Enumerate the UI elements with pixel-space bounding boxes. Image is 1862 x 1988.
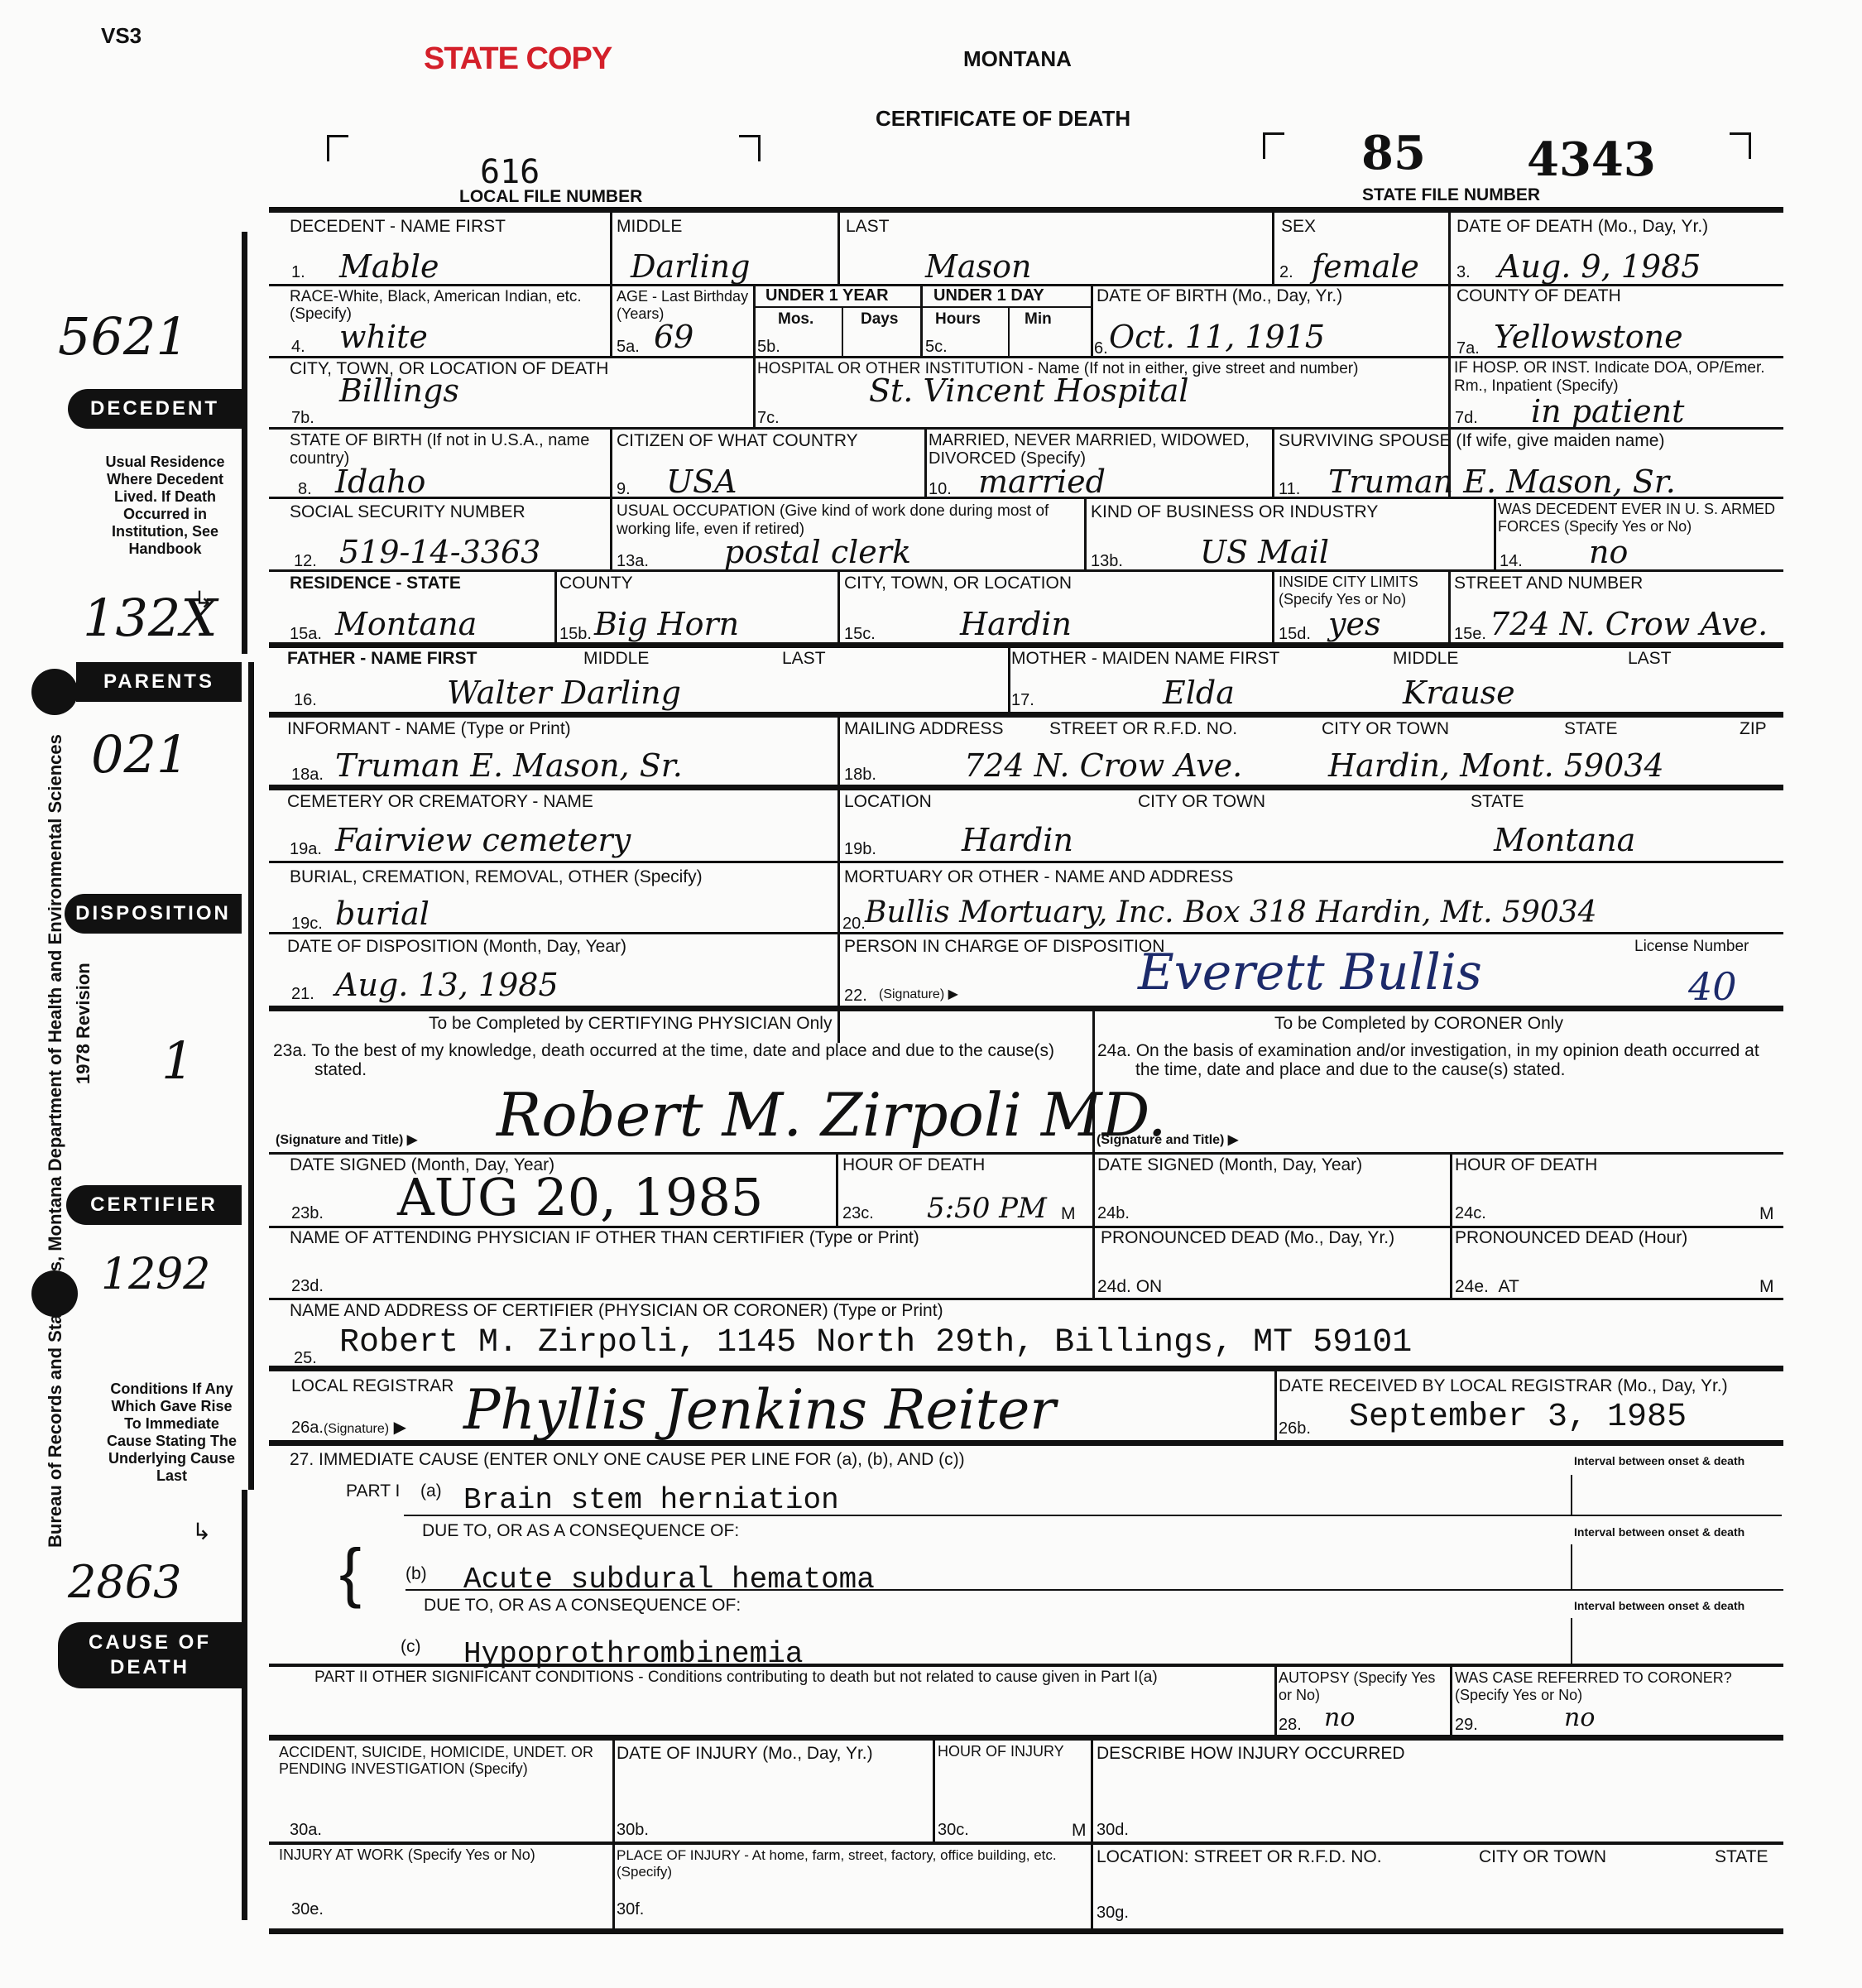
revision-vertical-text: 1978 Revision bbox=[73, 963, 94, 1084]
punch-hole bbox=[31, 1270, 78, 1317]
field-mortuary[interactable]: Bullis Mortuary, Inc. Box 318 Hardin, Mt… bbox=[865, 896, 1597, 929]
field-birth-state[interactable]: Idaho bbox=[335, 463, 425, 500]
field-age[interactable]: 69 bbox=[654, 319, 693, 355]
field-date-received[interactable]: September 3, 1985 bbox=[1349, 1399, 1687, 1436]
label-sig-title: (Signature and Title) ▶ bbox=[276, 1132, 417, 1148]
label-citizen: CITIZEN OF WHAT COUNTRY bbox=[617, 431, 858, 450]
label-county-of-death: COUNTY OF DEATH bbox=[1456, 286, 1621, 305]
item-number: 19c. bbox=[291, 915, 323, 934]
section-tab-disposition: DISPOSITION bbox=[65, 894, 242, 934]
divider bbox=[554, 571, 557, 644]
field-father-name[interactable]: Walter Darling bbox=[447, 675, 681, 711]
divider bbox=[1274, 1371, 1277, 1442]
divider bbox=[269, 861, 1783, 863]
item-number: 22. bbox=[844, 987, 867, 1006]
divider bbox=[1450, 1666, 1452, 1736]
margin-code: 1 bbox=[161, 1030, 194, 1091]
label-coroner-hour: HOUR OF DEATH bbox=[1455, 1155, 1597, 1174]
signature-registrar: Phyllis Jenkins Reiter bbox=[463, 1378, 1056, 1442]
label-injury-date: DATE OF INJURY (Mo., Day, Yr.) bbox=[617, 1744, 873, 1763]
label-interval: Interval between onset & death bbox=[1574, 1599, 1744, 1612]
field-location-city[interactable]: Hardin bbox=[962, 822, 1073, 858]
margin-code: 1292 bbox=[101, 1250, 210, 1299]
divider bbox=[1091, 1741, 1093, 1928]
divider bbox=[610, 429, 612, 498]
item-number: 23c. bbox=[842, 1204, 874, 1223]
divider bbox=[924, 429, 927, 498]
conditions-note: Conditions If Any Which Gave Rise To Imm… bbox=[103, 1381, 240, 1485]
label-informant-state: STATE bbox=[1564, 719, 1618, 738]
label-informant-zip: ZIP bbox=[1740, 719, 1767, 738]
divider bbox=[269, 1735, 1783, 1741]
field-cause-a[interactable]: Brain stem herniation bbox=[463, 1483, 839, 1517]
field-cause-b[interactable]: Acute subdural hematoma bbox=[463, 1563, 875, 1597]
label-injury-describe: DESCRIBE HOW INJURY OCCURRED bbox=[1097, 1744, 1405, 1763]
label-m: M bbox=[1061, 1204, 1076, 1223]
label-informant: INFORMANT - NAME (Type or Print) bbox=[287, 719, 571, 738]
label-date-of-death: DATE OF DEATH (Mo., Day, Yr.) bbox=[1456, 217, 1708, 236]
frame-left bbox=[242, 232, 247, 654]
item-number: 5a. bbox=[617, 338, 640, 357]
field-county-of-death[interactable]: Yellowstone bbox=[1494, 319, 1683, 355]
field-marital[interactable]: married bbox=[978, 463, 1106, 500]
field-inside-city[interactable]: yes bbox=[1328, 606, 1380, 642]
item-number: 30f. bbox=[617, 1900, 644, 1919]
state-file-number: 4343 bbox=[1527, 132, 1656, 187]
field-ssn[interactable]: 519-14-3363 bbox=[339, 534, 540, 570]
field-license-number[interactable]: 40 bbox=[1688, 964, 1737, 1009]
item-number: 18a. bbox=[291, 766, 324, 785]
field-residence-state[interactable]: Montana bbox=[335, 606, 477, 642]
label-due-to: DUE TO, OR AS A CONSEQUENCE OF: bbox=[422, 1521, 739, 1540]
label-injury-hour: HOUR OF INJURY bbox=[938, 1744, 1064, 1760]
label-date-received: DATE RECEIVED BY LOCAL REGISTRAR (Mo., D… bbox=[1279, 1376, 1728, 1395]
label-person-in-charge: PERSON IN CHARGE OF DISPOSITION bbox=[844, 937, 1164, 956]
label-disposition-method: BURIAL, CREMATION, REMOVAL, OTHER (Speci… bbox=[290, 867, 703, 886]
label-mos: Mos. bbox=[778, 310, 813, 329]
signature-person-in-charge: Everett Bullis bbox=[1138, 944, 1482, 1001]
divider bbox=[1272, 571, 1274, 644]
divider bbox=[406, 1589, 1783, 1591]
item-number: 5b. bbox=[757, 338, 780, 357]
field-informant-street[interactable]: 724 N. Crow Ave. bbox=[964, 747, 1242, 784]
field-informant-name[interactable]: Truman E. Mason, Sr. bbox=[335, 747, 683, 784]
divider bbox=[269, 642, 1783, 648]
item-number: 7c. bbox=[757, 409, 780, 428]
label-birth-state: STATE OF BIRTH (If not in U.S.A., name c… bbox=[290, 431, 612, 468]
field-date-of-death[interactable]: Aug. 9, 1985 bbox=[1498, 248, 1701, 285]
label-line-b: (b) bbox=[406, 1564, 427, 1583]
item-number: 30e. bbox=[291, 1900, 324, 1919]
label-mother: MOTHER - MAIDEN NAME FIRST bbox=[1011, 649, 1279, 668]
agency-vertical-text: Bureau of Records and Statistics, Montan… bbox=[45, 734, 66, 1548]
item-number: 13b. bbox=[1091, 552, 1123, 571]
label-m: M bbox=[1759, 1204, 1774, 1223]
item-number: 15c. bbox=[844, 625, 876, 644]
field-hospital-status[interactable]: in patient bbox=[1531, 393, 1684, 430]
registration-mark bbox=[1263, 132, 1284, 159]
label-local-registrar: LOCAL REGISTRAR bbox=[291, 1376, 454, 1395]
item-number: 19a. bbox=[290, 840, 322, 859]
punch-hole bbox=[31, 669, 78, 715]
field-occupation[interactable]: postal clerk bbox=[724, 534, 911, 570]
signature-physician: Robert M. Zirpoli MD. bbox=[497, 1080, 1167, 1150]
section-tab-cause-of-death: CAUSE OF DEATH bbox=[58, 1622, 242, 1688]
margin-code: 132X bbox=[83, 588, 217, 648]
item-number: 7b. bbox=[291, 409, 314, 428]
field-location-state[interactable]: Montana bbox=[1494, 822, 1635, 858]
label-autopsy: AUTOPSY (Specify Yes or No) bbox=[1279, 1669, 1444, 1704]
label-coroner-referral: WAS CASE REFERRED TO CORONER? (Specify Y… bbox=[1455, 1669, 1782, 1704]
divider bbox=[269, 1440, 1783, 1446]
label-date-of-birth: DATE OF BIRTH (Mo., Day, Yr.) bbox=[1097, 286, 1342, 305]
label-hours: Hours bbox=[935, 310, 981, 329]
divider bbox=[1448, 571, 1451, 644]
divider bbox=[837, 718, 840, 786]
label-under-1-year: UNDER 1 YEAR bbox=[765, 286, 889, 305]
state-file-year: 85 bbox=[1361, 126, 1426, 180]
label-pronounced-hour: PRONOUNCED DEAD (Hour) bbox=[1455, 1228, 1687, 1247]
item-number: 13a. bbox=[617, 552, 649, 571]
divider bbox=[837, 571, 840, 644]
divider bbox=[842, 308, 843, 358]
section-tab-decedent: DECEDENT bbox=[68, 389, 242, 429]
divider bbox=[610, 498, 612, 571]
label-residence-county: COUNTY bbox=[559, 574, 633, 593]
label-spouse: SURVIVING SPOUSE (If wife, give maiden n… bbox=[1279, 431, 1664, 450]
local-file-number: 616 bbox=[480, 153, 540, 191]
label-age: AGE - Last Birthday (Years) bbox=[617, 288, 753, 323]
item-number: 18b. bbox=[844, 766, 876, 785]
field-cemetery[interactable]: Fairview cemetery bbox=[335, 822, 631, 858]
registration-mark bbox=[739, 135, 761, 161]
field-industry[interactable]: US Mail bbox=[1200, 534, 1329, 570]
state-copy-stamp: STATE COPY bbox=[424, 41, 612, 77]
divider bbox=[753, 286, 756, 358]
label-industry: KIND OF BUSINESS OR INDUSTRY bbox=[1091, 502, 1378, 521]
divider bbox=[1008, 308, 1010, 358]
divider bbox=[753, 358, 756, 429]
label-location-city: CITY OR TOWN bbox=[1138, 792, 1265, 811]
divider bbox=[269, 427, 1783, 430]
label-manner: ACCIDENT, SUICIDE, HOMICIDE, UNDET. OR P… bbox=[279, 1744, 610, 1777]
page-title: CERTIFICATE OF DEATH bbox=[876, 106, 1130, 132]
field-mother-first[interactable]: Elda bbox=[1163, 675, 1235, 711]
label-father: FATHER - NAME FIRST bbox=[287, 649, 477, 668]
frame-left bbox=[248, 662, 254, 1490]
label-m: M bbox=[1072, 1821, 1087, 1840]
label-mortuary: MORTUARY OR OTHER - NAME AND ADDRESS bbox=[844, 867, 1233, 886]
label-coroner-sig-title: (Signature and Title) ▶ bbox=[1097, 1132, 1238, 1148]
item-number: 2. bbox=[1279, 263, 1293, 282]
item-number: 1. bbox=[291, 263, 305, 282]
field-coroner-referral[interactable]: no bbox=[1564, 1703, 1595, 1732]
label-certifier-name-address: NAME AND ADDRESS OF CERTIFIER (PHYSICIAN… bbox=[290, 1301, 943, 1320]
divider bbox=[1008, 648, 1010, 714]
field-first-name[interactable]: Mable bbox=[339, 248, 439, 285]
label-sex: SEX bbox=[1281, 217, 1316, 236]
margin-code: 2863 bbox=[68, 1556, 181, 1608]
label-injury-city: CITY OR TOWN bbox=[1479, 1847, 1606, 1866]
field-street[interactable]: 724 N. Crow Ave. bbox=[1490, 606, 1768, 642]
physician-statement: 23a. To the best of my knowledge, death … bbox=[273, 1041, 1088, 1079]
label-father-last: LAST bbox=[782, 649, 826, 668]
field-citizen[interactable]: USA bbox=[666, 463, 737, 500]
divider bbox=[1084, 498, 1087, 571]
item-number: 28. bbox=[1279, 1716, 1302, 1735]
field-date-of-birth[interactable]: Oct. 11, 1915 bbox=[1109, 319, 1325, 355]
state-file-label: STATE FILE NUMBER bbox=[1362, 185, 1540, 205]
label-attending-physician: NAME OF ATTENDING PHYSICIAN IF OTHER THA… bbox=[290, 1228, 919, 1247]
label-father-middle: MIDDLE bbox=[583, 649, 649, 668]
item-number: 23b. bbox=[291, 1204, 324, 1223]
item-number: 20. bbox=[842, 915, 866, 934]
label-inside-city: INSIDE CITY LIMITS (Specify Yes or No) bbox=[1279, 574, 1452, 608]
label-pronounced-date: PRONOUNCED DEAD (Mo., Day, Yr.) bbox=[1101, 1228, 1394, 1247]
label-ssn: SOCIAL SECURITY NUMBER bbox=[290, 502, 525, 521]
label-informant-street: STREET OR R.F.D. NO. bbox=[1049, 719, 1237, 738]
divider bbox=[1571, 1475, 1572, 1515]
divider bbox=[1091, 286, 1093, 358]
frame-left bbox=[242, 1490, 247, 1920]
item-number: 26b. bbox=[1279, 1419, 1311, 1438]
field-race[interactable]: white bbox=[339, 319, 428, 355]
field-armed-forces[interactable]: no bbox=[1589, 534, 1628, 570]
label-street: STREET AND NUMBER bbox=[1454, 574, 1643, 593]
margin-code: 5621 bbox=[58, 306, 189, 367]
label-interval: Interval between onset & death bbox=[1574, 1454, 1744, 1467]
label-location-state: STATE bbox=[1471, 792, 1524, 811]
label-days: Days bbox=[861, 310, 898, 329]
item-number: 15b. bbox=[559, 625, 592, 644]
field-informant-city-state-zip[interactable]: Hardin, Mont. 59034 bbox=[1328, 747, 1664, 784]
field-mother-last[interactable]: Krause bbox=[1403, 675, 1515, 711]
item-number: 4. bbox=[291, 338, 305, 357]
local-file-label: LOCAL FILE NUMBER bbox=[459, 187, 642, 207]
item-number: 5c. bbox=[925, 338, 948, 357]
form-code: VS3 bbox=[101, 23, 142, 49]
divider bbox=[269, 712, 1783, 718]
coroner-heading: To be Completed by CORONER Only bbox=[1274, 1014, 1563, 1033]
label-name-middle: MIDDLE bbox=[617, 217, 682, 236]
label-under-1-day: UNDER 1 DAY bbox=[933, 286, 1044, 305]
field-date-signed[interactable]: AUG 20, 1985 bbox=[397, 1167, 763, 1227]
field-disposition-date[interactable]: Aug. 13, 1985 bbox=[335, 967, 559, 1003]
field-autopsy[interactable]: no bbox=[1324, 1703, 1355, 1732]
field-middle-name[interactable]: Darling bbox=[631, 248, 750, 285]
item-number: 12. bbox=[294, 552, 317, 571]
label-due-to: DUE TO, OR AS A CONSEQUENCE OF: bbox=[424, 1596, 741, 1615]
divider bbox=[269, 1006, 1783, 1011]
label-injury-location: LOCATION: STREET OR R.F.D. NO. bbox=[1097, 1847, 1382, 1866]
field-certifier-name-address[interactable]: Robert M. Zirpoli, 1145 North 29th, Bill… bbox=[339, 1324, 1412, 1361]
divider bbox=[269, 1664, 1783, 1667]
item-number: 30g. bbox=[1097, 1904, 1129, 1923]
label-disposition-date: DATE OF DISPOSITION (Month, Day, Year) bbox=[287, 937, 626, 956]
divider bbox=[1448, 211, 1451, 497]
item-number: 30c. bbox=[938, 1821, 969, 1840]
divider bbox=[753, 306, 1092, 308]
label-injury-state: STATE bbox=[1715, 1847, 1768, 1866]
item-number: 15d. bbox=[1279, 625, 1311, 644]
divider bbox=[269, 1366, 1783, 1371]
field-residence-county[interactable]: Big Horn bbox=[594, 606, 739, 642]
divider bbox=[1571, 1618, 1572, 1664]
divider bbox=[269, 497, 1783, 499]
item-number: 29. bbox=[1455, 1716, 1478, 1735]
item-number: 30d. bbox=[1097, 1821, 1129, 1840]
item-number: 17. bbox=[1011, 691, 1034, 710]
field-city-of-death[interactable]: Billings bbox=[339, 372, 459, 409]
label-on: 24d. ON bbox=[1097, 1277, 1162, 1296]
label-cemetery: CEMETERY OR CREMATORY - NAME bbox=[287, 792, 593, 811]
item-number: 23d. bbox=[291, 1277, 324, 1296]
field-hospital[interactable]: St. Vincent Hospital bbox=[869, 372, 1189, 409]
divider bbox=[610, 211, 612, 286]
label-at: 24e. AT bbox=[1455, 1277, 1519, 1296]
label-hour-of-death: HOUR OF DEATH bbox=[842, 1155, 985, 1174]
divider bbox=[836, 1154, 838, 1228]
label-part-1: PART I bbox=[346, 1481, 400, 1501]
divider bbox=[269, 356, 1783, 358]
divider bbox=[612, 1741, 615, 1928]
residence-note: Usual Residence Where Decedent Lived. If… bbox=[93, 454, 238, 558]
divider bbox=[269, 932, 1783, 934]
label-location: LOCATION bbox=[844, 792, 932, 811]
label-part-2: PART II OTHER SIGNIFICANT CONDITIONS - C… bbox=[314, 1669, 1158, 1685]
item-number: 15a. bbox=[290, 625, 322, 644]
item-number: 24c. bbox=[1455, 1204, 1486, 1223]
divider bbox=[269, 1842, 1783, 1845]
divider bbox=[1092, 1011, 1095, 1299]
item-number: 3. bbox=[1456, 263, 1471, 282]
label-name-first: DECEDENT - NAME FIRST bbox=[290, 217, 506, 236]
label-injury-at-work: INJURY AT WORK (Specify Yes or No) bbox=[279, 1847, 535, 1863]
item-number: 21. bbox=[291, 985, 314, 1004]
label-line-a: (a) bbox=[420, 1481, 442, 1501]
label-armed-forces: WAS DECEDENT EVER IN U. S. ARMED FORCES … bbox=[1498, 501, 1783, 535]
divider bbox=[1571, 1544, 1572, 1589]
field-hour-of-death[interactable]: 5:50 PM bbox=[927, 1192, 1047, 1225]
label-signature: (Signature) ▶ bbox=[879, 987, 958, 1002]
label-mother-middle: MIDDLE bbox=[1393, 649, 1458, 668]
item-number: 24b. bbox=[1097, 1204, 1130, 1223]
item-number: 7d. bbox=[1455, 409, 1478, 428]
label-marital: MARRIED, NEVER MARRIED, WIDOWED, DIVORCE… bbox=[929, 431, 1276, 468]
item-number: 19b. bbox=[844, 840, 876, 859]
label-name-last: LAST bbox=[846, 217, 890, 236]
section-tab-parents: PARENTS bbox=[76, 662, 242, 702]
item-number: 30b. bbox=[617, 1821, 649, 1840]
margin-code: 021 bbox=[91, 724, 189, 785]
label-license-number: License Number bbox=[1634, 937, 1749, 956]
label-coroner-date-signed: DATE SIGNED (Month, Day, Year) bbox=[1097, 1155, 1362, 1174]
divider bbox=[269, 1298, 1783, 1300]
label-line-c: (c) bbox=[401, 1637, 421, 1656]
item-number: 14. bbox=[1500, 552, 1523, 571]
frame-top bbox=[269, 207, 1783, 213]
item-number: 15e. bbox=[1454, 625, 1486, 644]
divider bbox=[269, 1152, 1783, 1155]
divider bbox=[1272, 429, 1274, 498]
state-name: MONTANA bbox=[963, 46, 1072, 72]
divider bbox=[837, 211, 840, 286]
divider bbox=[610, 286, 612, 358]
label-mother-last: LAST bbox=[1628, 649, 1672, 668]
frame-bottom bbox=[269, 1928, 1783, 1934]
divider bbox=[1494, 498, 1496, 571]
label-hospital-status: IF HOSP. OR INST. Indicate DOA, OP/Emer.… bbox=[1454, 359, 1785, 396]
label-injury-place: PLACE OF INJURY - At home, farm, street,… bbox=[617, 1847, 1088, 1880]
registration-mark bbox=[1730, 132, 1751, 159]
label-race: RACE-White, Black, American Indian, etc.… bbox=[290, 288, 612, 323]
label-min: Min bbox=[1025, 310, 1052, 329]
label-informant-city: CITY OR TOWN bbox=[1322, 719, 1449, 738]
divider bbox=[1274, 1666, 1277, 1736]
section-tab-certifier: CERTIFIER bbox=[66, 1185, 242, 1225]
divider bbox=[269, 569, 1783, 572]
label-immediate-cause: 27. IMMEDIATE CAUSE (ENTER ONLY ONE CAUS… bbox=[290, 1450, 965, 1469]
field-spouse[interactable]: Truman E. Mason, Sr. bbox=[1328, 463, 1676, 500]
field-last-name[interactable]: Mason bbox=[925, 248, 1031, 285]
coroner-statement: 24a. On the basis of examination and/or … bbox=[1097, 1041, 1776, 1079]
divider bbox=[1272, 211, 1274, 286]
field-residence-city[interactable]: Hardin bbox=[960, 606, 1072, 642]
item-number: 26a.(Signature) ▶ bbox=[291, 1417, 406, 1438]
label-residence-state: RESIDENCE - STATE bbox=[290, 574, 461, 593]
field-disposition-method[interactable]: burial bbox=[335, 896, 430, 932]
registration-mark bbox=[327, 135, 348, 161]
physician-heading: To be Completed by CERTIFYING PHYSICIAN … bbox=[429, 1014, 832, 1033]
arrow-right-icon: ↳ bbox=[192, 1518, 211, 1545]
field-sex[interactable]: female bbox=[1312, 248, 1419, 285]
label-m: M bbox=[1759, 1277, 1774, 1296]
label-residence-city: CITY, TOWN, OR LOCATION bbox=[844, 574, 1072, 593]
item-number: 30a. bbox=[290, 1821, 322, 1840]
divider bbox=[920, 286, 923, 358]
divider bbox=[933, 1741, 935, 1842]
label-interval: Interval between onset & death bbox=[1574, 1525, 1744, 1539]
divider bbox=[404, 1515, 1782, 1516]
label-mailing-address: MAILING ADDRESS bbox=[844, 719, 1004, 738]
brace: { bbox=[339, 1539, 362, 1606]
divider bbox=[269, 785, 1783, 790]
item-number: 16. bbox=[294, 691, 317, 710]
